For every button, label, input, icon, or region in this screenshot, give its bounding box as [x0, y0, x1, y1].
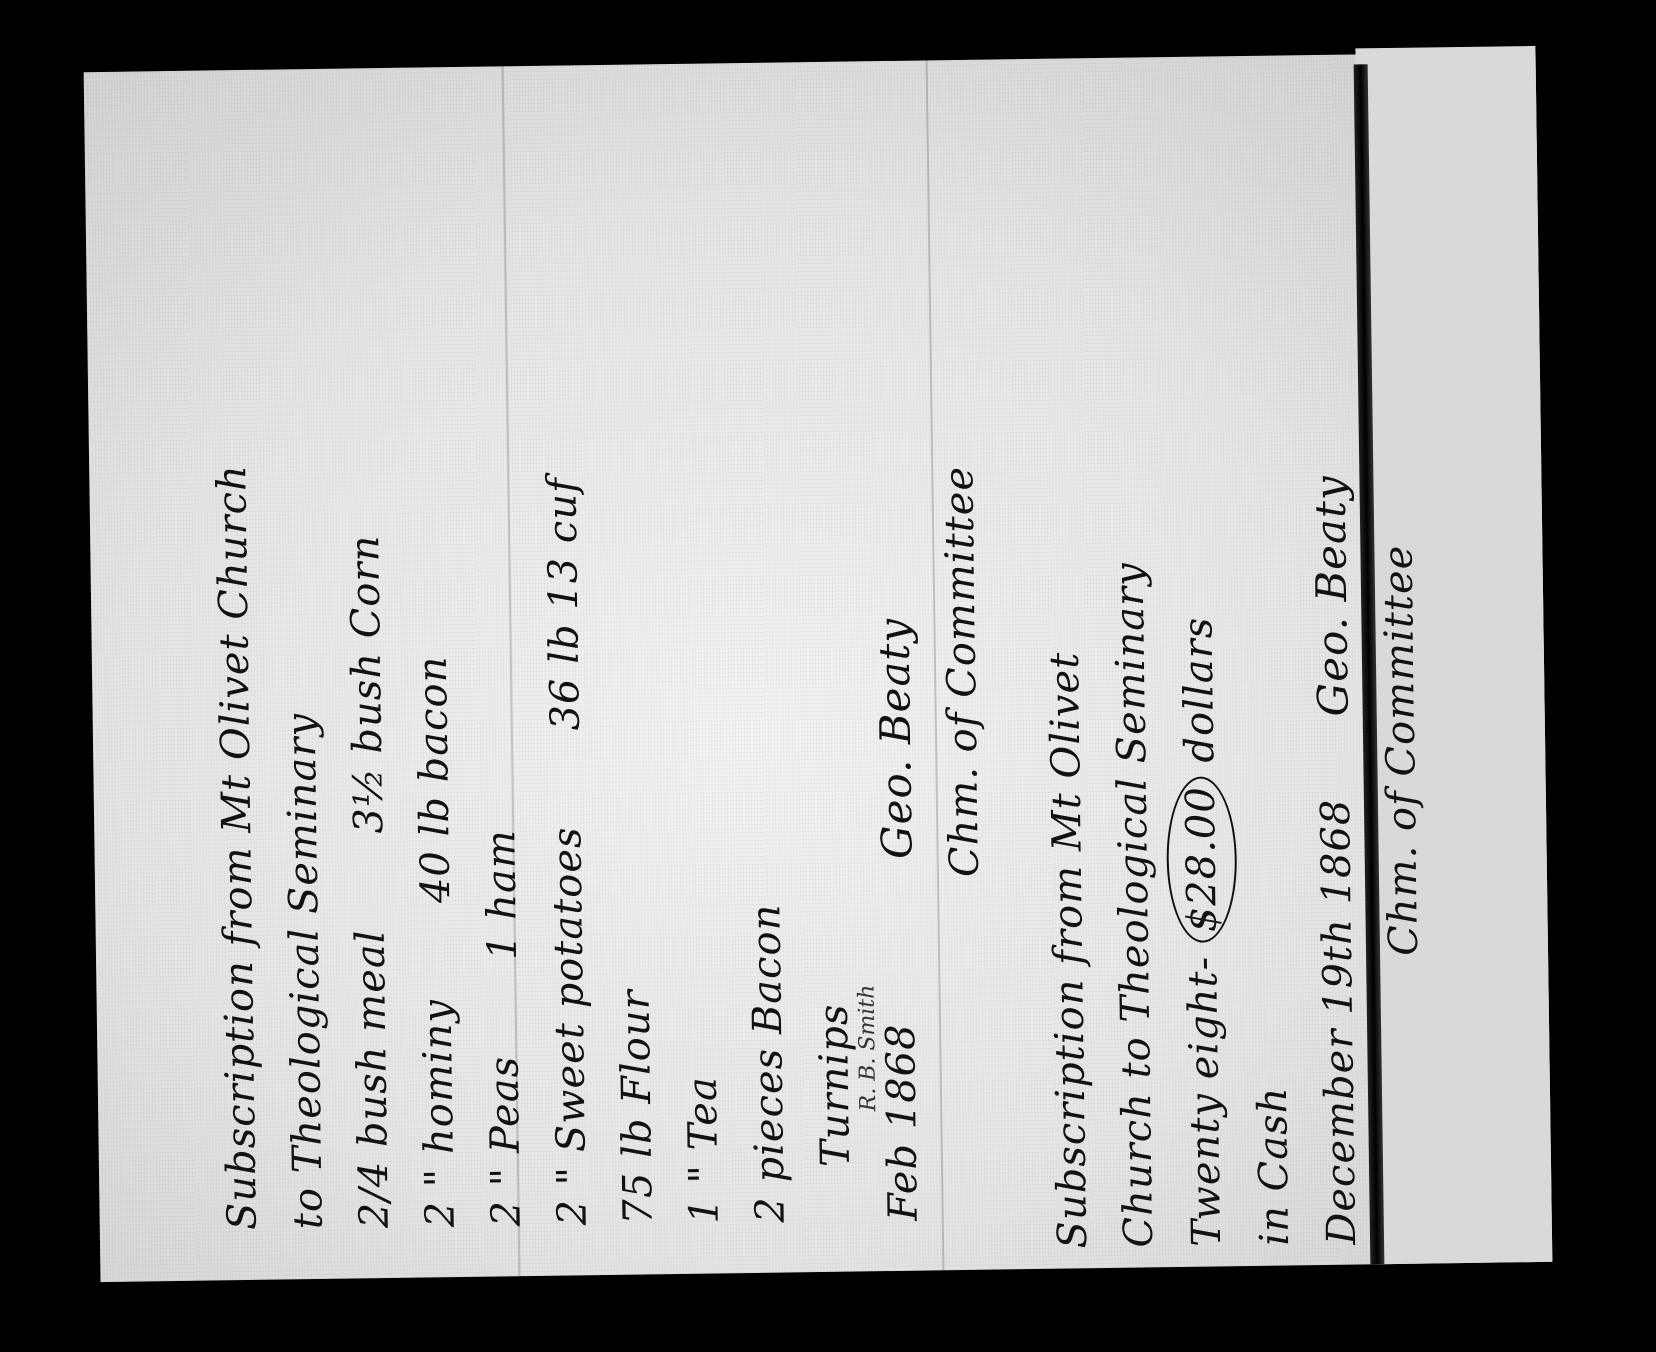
receipt-1-heading-line: to Theological Seminary: [265, 463, 342, 1230]
receipt-2-signature: Geo. Beaty: [1305, 475, 1357, 717]
receipt-2-date: December 19th 1868: [1313, 798, 1365, 1245]
receipt-2-line: Subscription from Mt Olivet: [1029, 479, 1106, 1249]
receipt-2-date-and-signature: December 19th 1868 Geo. Beaty: [1297, 475, 1375, 1245]
receipt-2-signature-title: Chm. of Committee: [1375, 544, 1427, 956]
bracketed-item: 1 ham: [478, 829, 526, 960]
receipt-1-item: 2 " Peas 1 ham: [463, 460, 540, 1227]
receipt-2-line: Church to Theological Seminary: [1095, 478, 1172, 1248]
receipt-1-item: 2 " hominy 40 lb bacon: [397, 461, 474, 1228]
bracketed-item: 40 lb bacon: [410, 655, 459, 903]
receipt-2-line: Twenty eight- $28.00 dollars: [1161, 477, 1242, 1247]
receipt-2-amount: $28.00: [1166, 776, 1238, 943]
receipt-1-signature-title-line: Chm. of Committee: [926, 454, 1003, 1221]
marginal-initials: R. B. Smith: [854, 984, 881, 1111]
receipt-2-line: in Cash: [1231, 476, 1308, 1246]
receipt-2-signature-title-line: Chm. of Committee: [1364, 474, 1441, 1244]
receipt-1-signature-title: Chm. of Committee: [936, 466, 988, 878]
bracketed-item: 36 lb 13 cuf: [539, 477, 589, 731]
receipt-2: Subscription from Mt Olivet Church to Th…: [1029, 474, 1441, 1249]
receipt-1-item: 2/4 bush meal 3½ bush Corn: [331, 462, 408, 1229]
receipt-1-item: 2 " Sweet potatoes 36 lb 13 cuf: [529, 459, 606, 1226]
bracketed-item: 3½ bush Corn: [342, 534, 392, 833]
document-page: Subscription from Mt Olivet Church to Th…: [84, 52, 1553, 1282]
receipt-1-heading-line: Subscription from Mt Olivet Church: [199, 464, 276, 1231]
receipt-1-date: Feb 1868: [878, 1023, 927, 1221]
receipt-1-item: 75 lb Flour: [595, 458, 672, 1225]
receipt-1-item: 1 " Tea: [661, 457, 738, 1224]
receipt-1-signature: Geo. Beaty: [869, 618, 921, 860]
receipt-1-item: 2 pieces Bacon: [727, 456, 804, 1223]
receipt-1: Subscription from Mt Olivet Church to Th…: [199, 454, 1003, 1231]
